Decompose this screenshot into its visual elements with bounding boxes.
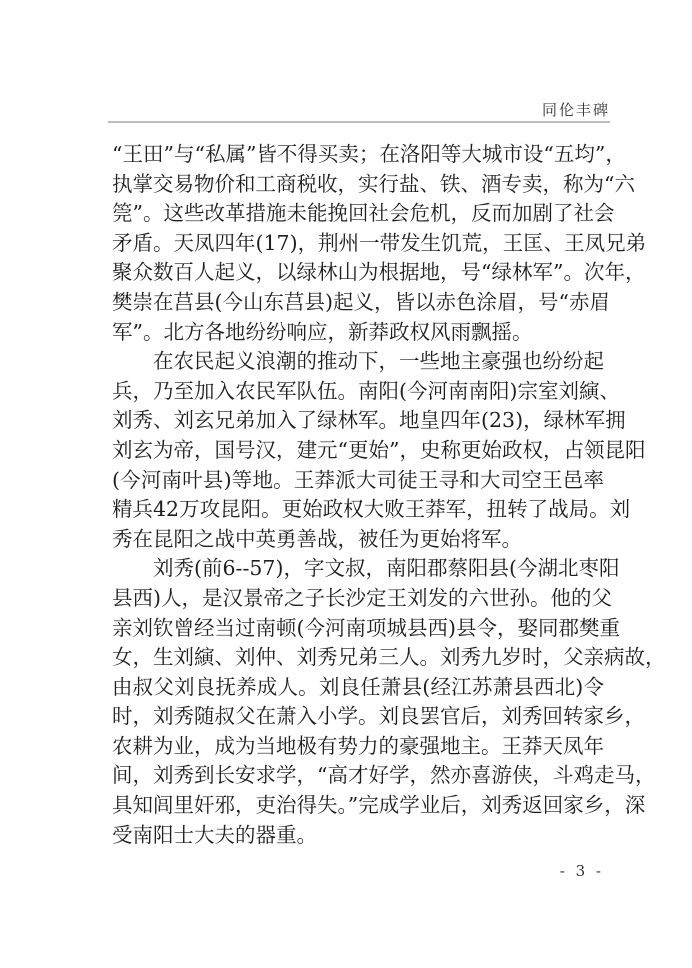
text-line: 樊崇在莒县(今山东莒县)起义，皆以赤色涂眉，号“赤眉	[112, 288, 604, 318]
text-line: 亲刘钦曾经当过南顿(今河南项城县西)县令，娶同郡樊重	[112, 614, 604, 644]
text-line: 具知闾里奸邪，吏治得失。”完成学业后，刘秀返回家乡，深	[112, 791, 604, 821]
text-line: (今河南叶县)等地。王莽派大司徒王寻和大司空王邑率	[112, 466, 604, 496]
text-line: 由叔父刘良抚养成人。刘良任萧县(经江苏萧县西北)令	[112, 673, 604, 703]
text-line: 间，刘秀到长安求学，“高才好学，然亦喜游侠，斗鸡走马，	[112, 761, 604, 791]
paragraph-end-line: 军”。北方各地纷纷响应，新莽政权风雨飘摇。	[112, 318, 604, 348]
text-line: 刘玄为帝，国号汉，建元“更始”，史称更始政权，占领昆阳	[112, 436, 604, 466]
text-line: 农耕为业，成为当地极有势力的豪强地主。王莽天凤年	[112, 732, 604, 762]
paragraph-start-line: 在农民起义浪潮的推动下，一些地主豪强也纷纷起	[112, 347, 604, 377]
page-number: - 3 -	[560, 862, 604, 880]
body-text: “王田”与“私属”皆不得买卖；在洛阳等大城市设“五均”， 执掌交易物价和工商税收…	[112, 140, 604, 850]
text-line: “王田”与“私属”皆不得买卖；在洛阳等大城市设“五均”，	[112, 140, 604, 170]
text-line: 筦”。这些改革措施未能挽回社会危机，反而加剧了社会	[112, 199, 604, 229]
text-line: 时，刘秀随叔父在萧入小学。刘良罢官后，刘秀回转家乡，	[112, 702, 604, 732]
text-line: 县西)人，是汉景帝之子长沙定王刘发的六世孙。他的父	[112, 584, 604, 614]
text-line: 聚众数百人起义，以绿林山为根据地，号“绿林军”。次年，	[112, 258, 604, 288]
book-page: 同伦丰碑 “王田”与“私属”皆不得买卖；在洛阳等大城市设“五均”， 执掌交易物价…	[0, 0, 692, 968]
running-head-title: 同伦丰碑	[542, 101, 610, 119]
text-line: 兵，乃至加入农民军队伍。南阳(今河南南阳)宗室刘縯、	[112, 377, 604, 407]
text-line: 女，生刘縯、刘仲、刘秀兄弟三人。刘秀九岁时，父亲病故，	[112, 643, 604, 673]
paragraph-end-line: 受南阳士大夫的器重。	[112, 821, 604, 851]
paragraph-start-line: 刘秀(前6--57)，字文叔，南阳郡蔡阳县(今湖北枣阳	[112, 554, 604, 584]
text-line: 精兵42万攻昆阳。更始政权大败王莽军，扭转了战局。刘	[112, 495, 604, 525]
header-rule	[108, 121, 610, 123]
text-line: 矛盾。天凤四年(17)，荆州一带发生饥荒，王匡、王凤兄弟	[112, 229, 604, 259]
paragraph-end-line: 秀在昆阳之战中英勇善战，被任为更始将军。	[112, 525, 604, 555]
text-line: 刘秀、刘玄兄弟加入了绿林军。地皇四年(23)，绿林军拥	[112, 406, 604, 436]
text-line: 执掌交易物价和工商税收，实行盐、铁、酒专卖，称为“六	[112, 170, 604, 200]
